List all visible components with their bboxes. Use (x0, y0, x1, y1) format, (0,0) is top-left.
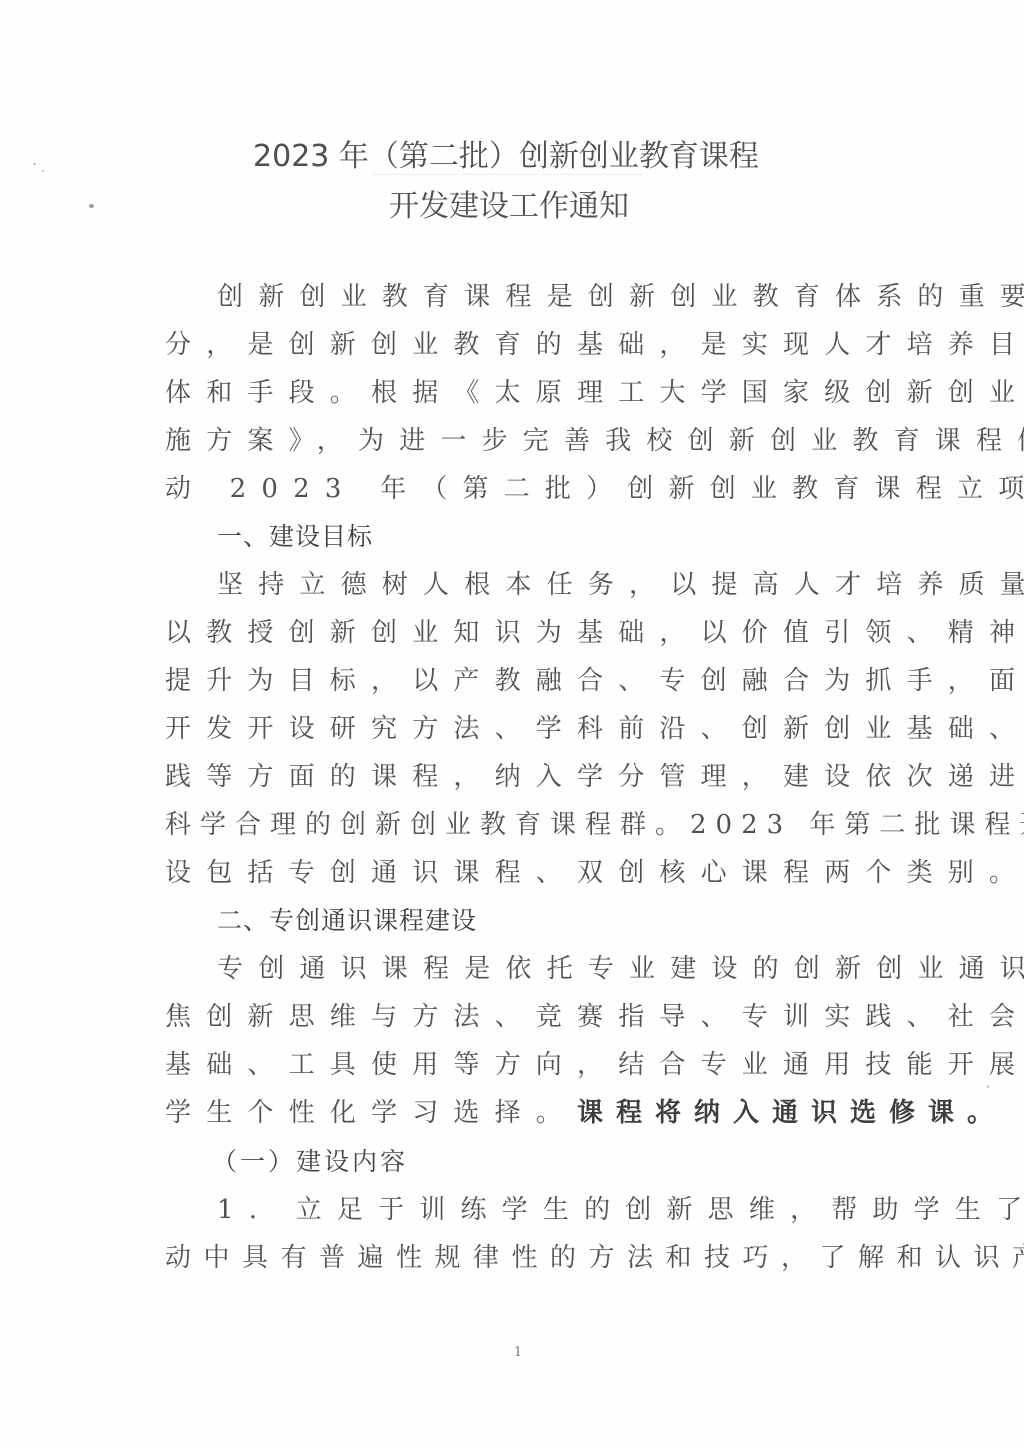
section1-line: 践等方面的课程，纳入学分管理，建设依次递进、有机衔接、 (165, 760, 875, 794)
section-heading-general-courses: 二、专创通识课程建设 (217, 904, 477, 938)
intro-line: 体和手段。根据《太原理工大学国家级创新创业学院建设实 (165, 376, 875, 410)
document-title-line-1: 2023 年（第二批）创新创业教育课程 (0, 131, 1018, 175)
page-number: 1 (506, 1345, 530, 1360)
intro-line: 施方案》，为进一步完善我校创新创业教育课程体系，现启 (165, 424, 875, 458)
document-title-line-2: 开发建设工作通知 (0, 181, 1021, 225)
scan-speck (987, 1085, 989, 1088)
section2-line: 基础、工具使用等方向，结合专业通用技能开展建设，满足 (165, 1048, 875, 1082)
subsection-line: 1. 立足于训练学生的创新思维，帮助学生了解创新活 (217, 1193, 927, 1227)
section2-text-bold: 课程将纳入通识选修课。 (577, 1098, 1006, 1128)
section1-line: 开发开设研究方法、学科前沿、创新创业基础、创新创业实 (165, 712, 875, 746)
section1-line: 以教授创新创业知识为基础，以价值引领、精神塑造、能力 (165, 616, 875, 650)
section1-line: 提升为目标，以产教融合、专创融合为抓手，面向全体学生 (165, 664, 875, 698)
intro-line: 分，是创新创业教育的基础，是实现人才培养目标的重要载 (165, 328, 875, 362)
title-divider (372, 174, 642, 175)
section1-line: 坚持立德树人根本任务，以提高人才培养质量为核心， (217, 568, 927, 602)
section1-line: 设包括专创通识课程、双创核心课程两个类别。 (165, 856, 875, 890)
document-page: 2023 年（第二批）创新创业教育课程 开发建设工作通知 创新创业教育课程是创新… (0, 0, 1024, 1448)
intro-line: 创新创业教育课程是创新创业教育体系的重要组成部 (217, 280, 927, 314)
section-heading-goals: 一、建设目标 (217, 520, 373, 554)
section2-text-plain: 学生个性化学习选择。 (165, 1098, 577, 1128)
section2-line-last: 学生个性化学习选择。课程将纳入通识选修课。 (165, 1096, 875, 1130)
section1-line: 科学合理的创新创业教育课程群。2023 年第二批课程开发建 (165, 808, 875, 842)
section2-line: 专创通识课程是依托专业建设的创新创业通识课程。聚 (217, 952, 927, 986)
subsection-heading-content: （一）建设内容 (212, 1145, 408, 1179)
section2-line: 焦创新思维与方法、竞赛指导、专训实践、社会实践、高阶 (165, 1000, 875, 1034)
intro-line: 动 2023 年（第二批）创新创业教育课程立项工作。 (165, 472, 875, 506)
subsection-line: 动中具有普遍性规律性的方法和技巧，了解和认识产业前沿、 (165, 1241, 875, 1275)
